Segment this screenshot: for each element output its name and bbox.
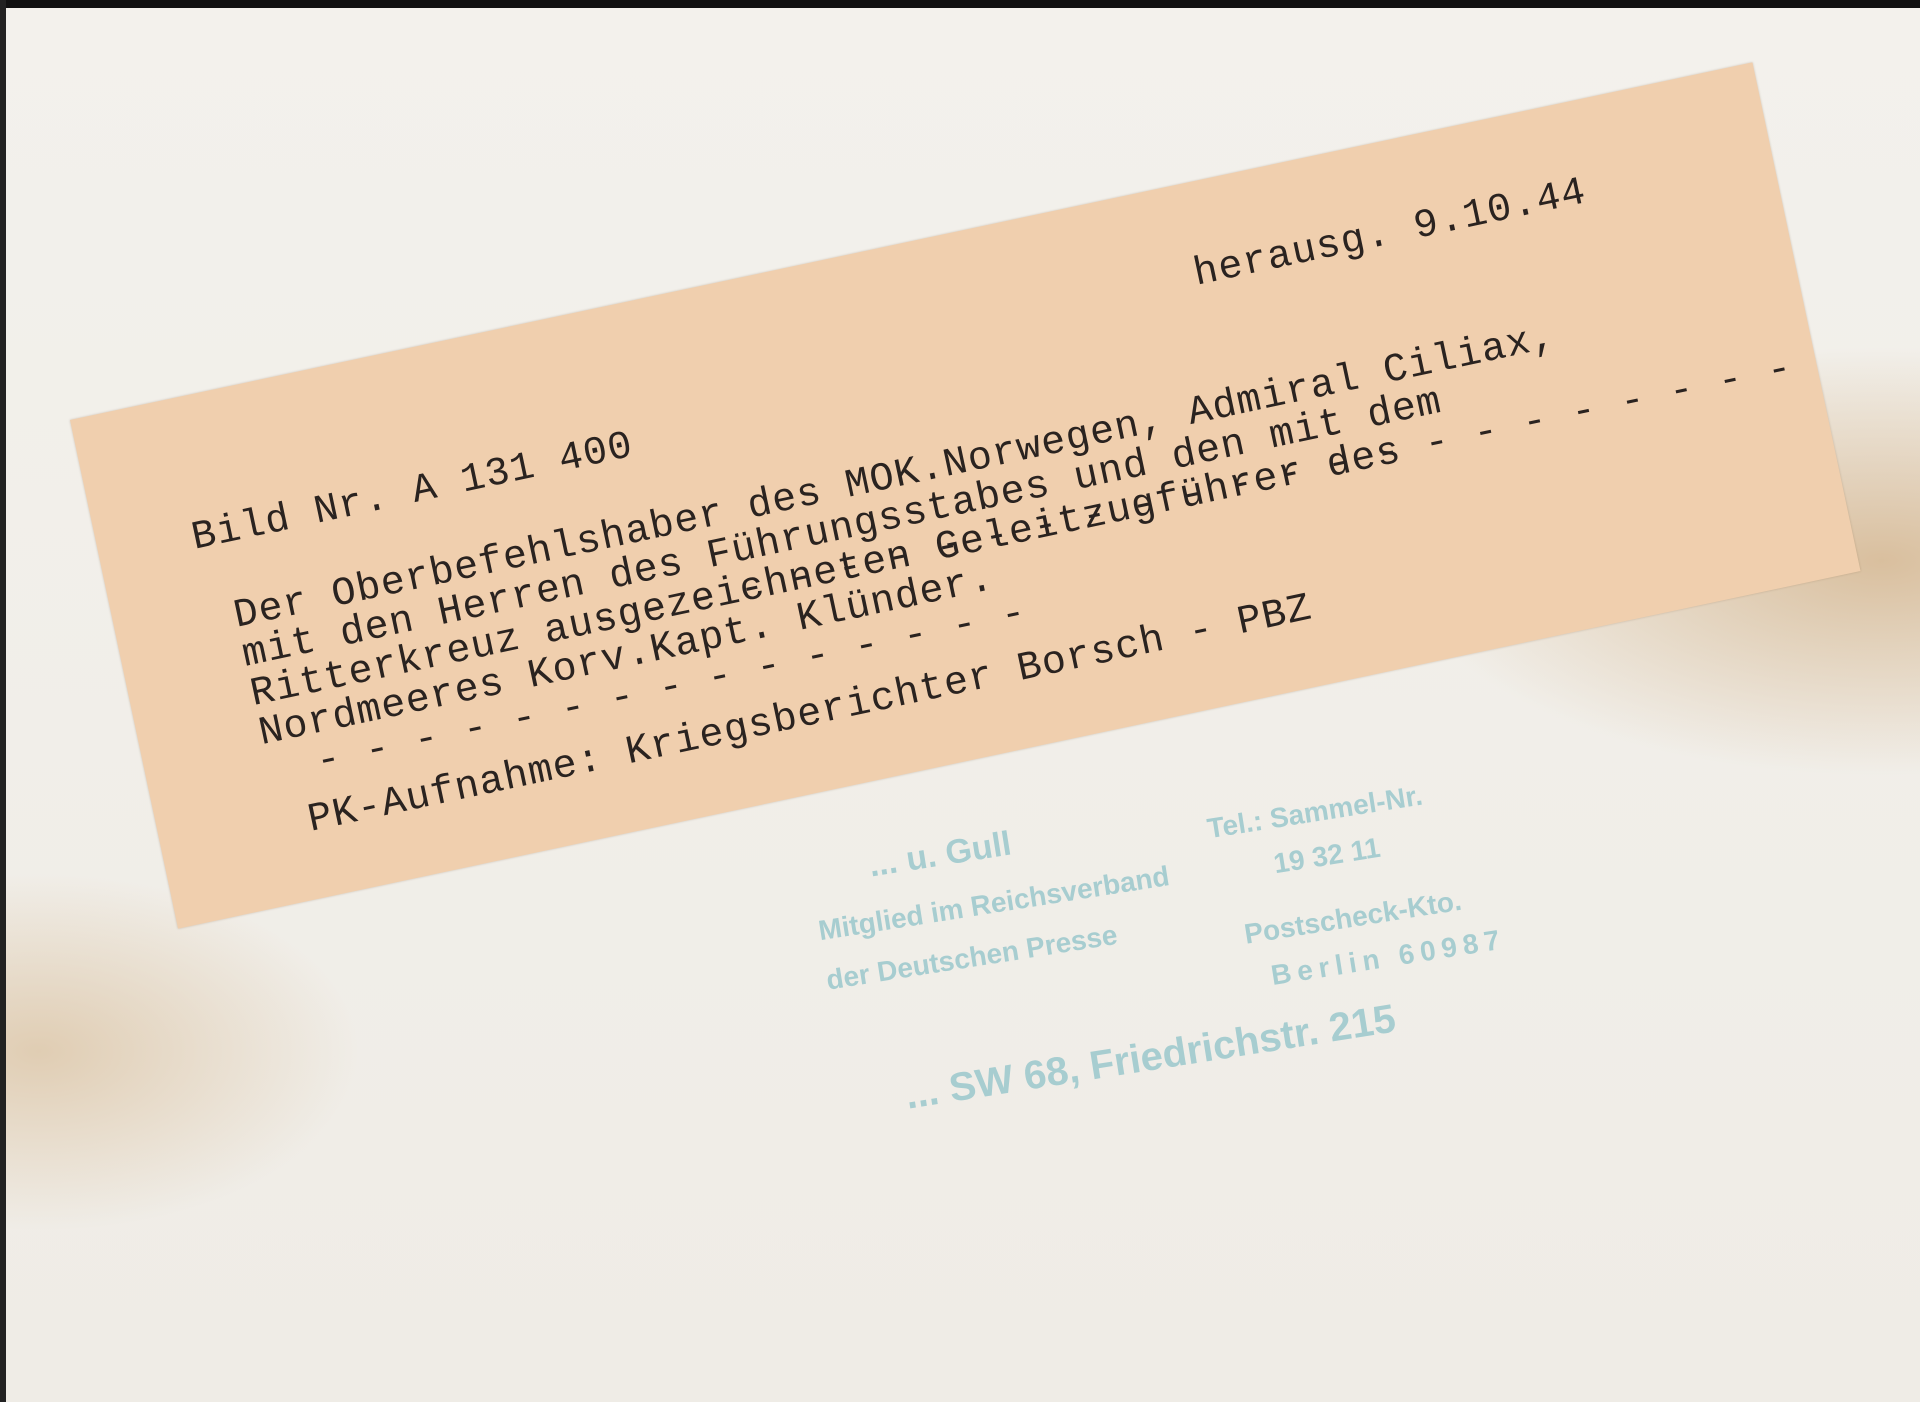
stamp-line: Tel.: Sammel-Nr. — [1205, 780, 1425, 846]
scan-border-left — [0, 0, 6, 1402]
release-date: herausg. 9.10.44 — [1190, 170, 1591, 297]
stamp-line: 19 32 11 — [1271, 832, 1382, 880]
scan-border — [0, 0, 1920, 8]
stamp-line: ... SW 68, Friedrichstr. 215 — [902, 997, 1399, 1119]
